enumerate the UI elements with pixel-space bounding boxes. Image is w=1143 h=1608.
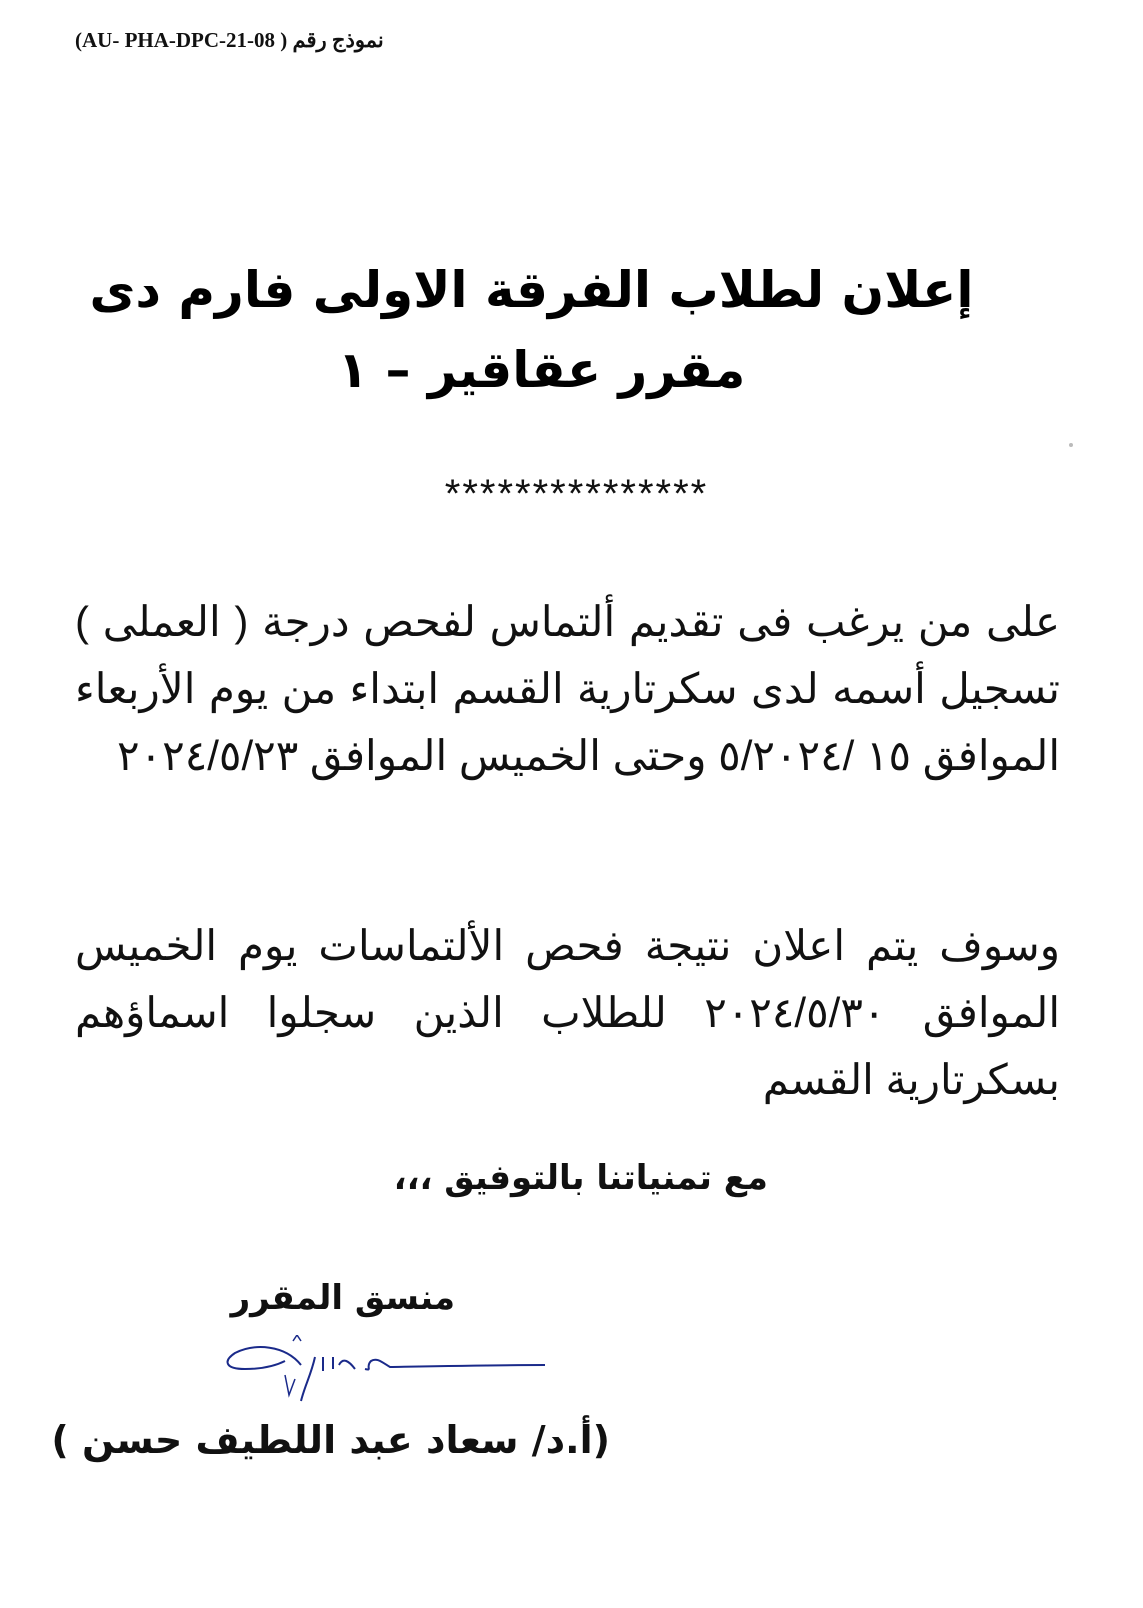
closing-wishes: مع تمنياتنا بالتوفيق ،،، (0, 1158, 768, 1198)
scan-speck (1069, 443, 1073, 447)
form-code: (AU- PHA-DPC-21-08 ) (75, 28, 287, 52)
coordinator-name: (أ.د/ سعاد عبد اللطيف حسن ) (70, 1418, 610, 1462)
course-title: مقرر عقاقير – ١ (0, 335, 1143, 405)
handwritten-signature (215, 1335, 550, 1407)
form-code-header: (AU- PHA-DPC-21-08 ) نموذج رقم (75, 28, 384, 53)
form-label: نموذج رقم (293, 28, 384, 52)
announcement-title: إعلان لطلاب الفرقة الاولى فارم دى (60, 255, 1003, 325)
paragraph-results: وسوف يتم اعلان نتيجة فحص الألتماسات يوم … (75, 912, 1060, 1113)
coordinator-role: منسق المقرر (0, 1278, 455, 1318)
paragraph-registration: على من يرغب فى تقديم ألتماس لفحص درجة ( … (75, 588, 1060, 789)
separator-stars: *************** (0, 472, 1143, 517)
